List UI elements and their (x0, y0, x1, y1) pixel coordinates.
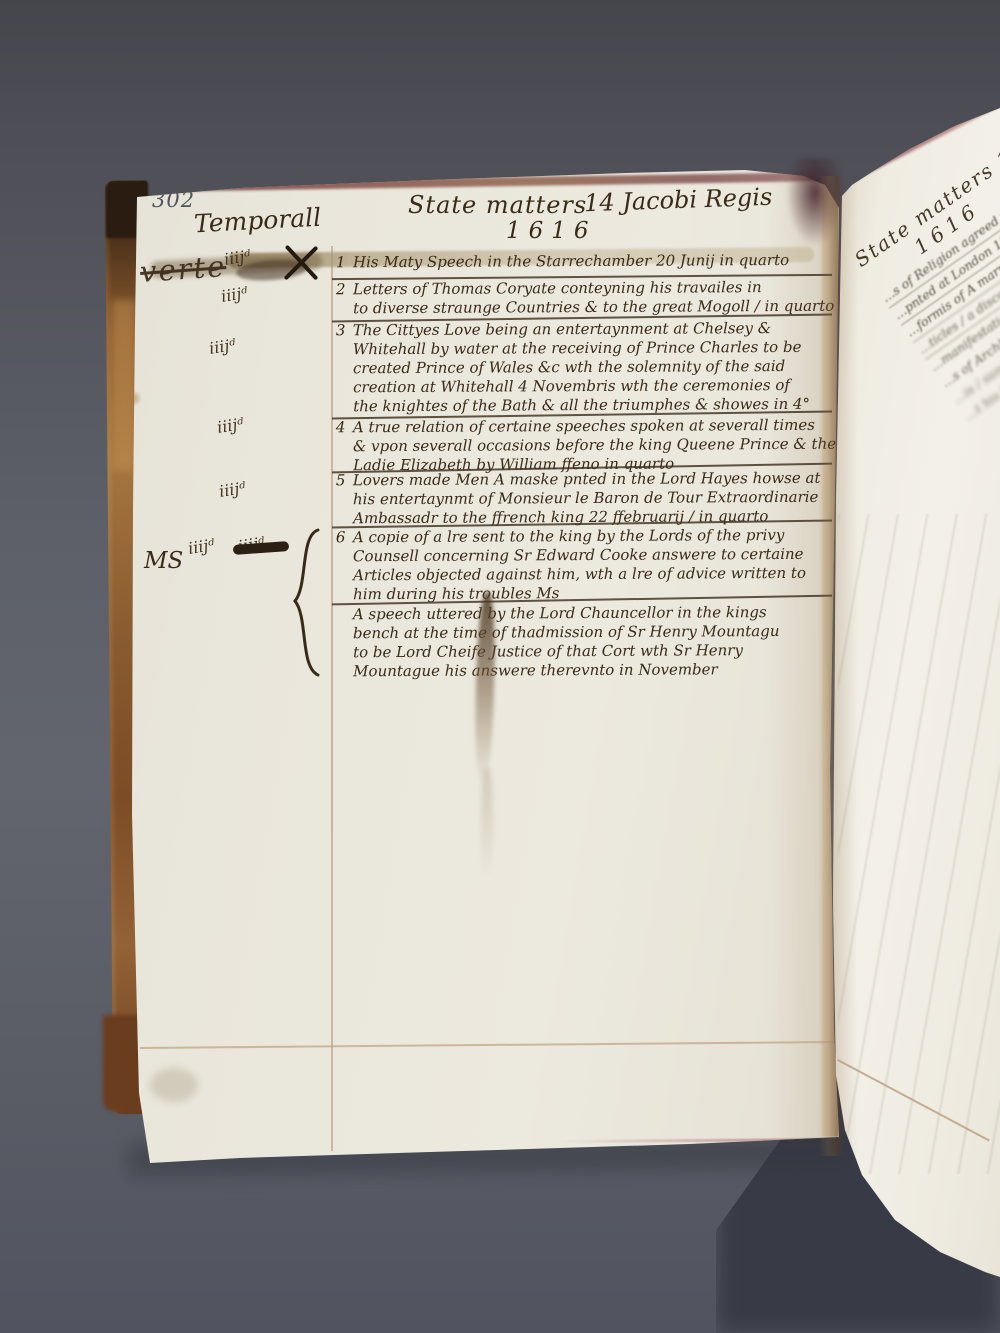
catalogue-entry: 3 The Cittyes Love being an entertaynmen… (336, 319, 836, 417)
entry-line: Mountague his answere therevnto in Novem… (353, 660, 836, 682)
entry-line: bench at the time of thadmission of Sr H… (353, 622, 836, 644)
entry-number: 4 (336, 418, 346, 437)
verte-note-struck: verte (139, 249, 227, 289)
entry-line: His Maty Speech in the Starrechamber 20 … (353, 251, 836, 273)
bleed-through-text (838, 514, 1000, 1174)
catalogue-entry: 2 Letters of Thomas Coryate conteyning h… (336, 278, 836, 319)
margin-rule-horizontal (140, 1041, 834, 1049)
catalogue-entry: 5 Lovers made Men A maske pnted in the L… (336, 469, 836, 529)
entry-number: 2 (336, 280, 346, 299)
section-label: Temporall (193, 203, 321, 239)
ink-smear-tail (481, 768, 493, 883)
x-mark (281, 243, 321, 283)
soft-stain (150, 1068, 198, 1102)
regnal-year-label: 14 Jacobi Regis (584, 183, 773, 218)
entry-line: A speech uttered by the Lord Chauncellor… (353, 603, 836, 625)
page-title: State matters (408, 191, 587, 219)
price-mark: iiijᵈ (187, 535, 216, 558)
entry-line: created Prince of Wales &c wth the solem… (353, 357, 836, 379)
entry-line: A true relation of certaine speeches spo… (353, 416, 836, 438)
entry-line: Whitehall by water at the receiving of P… (353, 338, 836, 360)
brace-mark (290, 527, 324, 679)
entry-line: The Cittyes Love being an entertaynment … (353, 319, 836, 341)
entry-number: 6 (336, 528, 346, 547)
entry-line: & vpon severall occasions before the kin… (353, 435, 836, 457)
entry-line: A copie of a lre sent to the king by the… (353, 526, 836, 548)
spine-wear-mid (112, 300, 136, 470)
entry-number: 1 (336, 253, 346, 272)
catalogue-entry: 6 A copie of a lre sent to the king by t… (336, 526, 836, 605)
entry-line: to be Lord Cheife Justice of that Cort w… (353, 641, 836, 663)
price-mark: iiijᵈ (220, 283, 249, 306)
photograph-backdrop: { "scene": { "backdrop_color": "#5d6069"… (0, 0, 1000, 1333)
entry-number: 3 (336, 321, 346, 340)
entry-line: Letters of Thomas Coryate conteyning his… (353, 278, 836, 300)
right-page-text-block: State matters 14 1616 …s of Religion agr… (850, 57, 1000, 426)
folio-number: 302 (152, 189, 195, 211)
right-page: State matters 14 1616 …s of Religion agr… (824, 84, 1000, 1300)
price-mark: iiijᵈ (218, 478, 247, 501)
entry-line: Counsell concerning Sr Edward Cooke answ… (353, 545, 836, 567)
catalogue-entry: 1 His Maty Speech in the Starrechamber 2… (336, 251, 836, 273)
manuscript-abbrev: MS (144, 548, 183, 574)
price-mark: iiijᵈ (216, 414, 245, 437)
spine-wear-bottom (103, 1015, 141, 1111)
catalogue-entry: A speech uttered by the Lord Chauncellor… (336, 603, 836, 682)
entry-number: 5 (336, 471, 346, 490)
margin-rule-vertical (331, 246, 333, 1151)
year-label: 1616 (506, 218, 597, 244)
entry-line: Lovers made Men A maske pnted in the Lor… (353, 469, 836, 491)
entry-line: creation at Whitehall 4 Novembris wth th… (353, 376, 836, 398)
price-mark: iiijᵈ (208, 335, 237, 358)
entry-line: his entertaynmt of Monsieur le Baron de … (353, 488, 836, 510)
entry-line: Articles objected against him, wth a lre… (353, 564, 836, 586)
